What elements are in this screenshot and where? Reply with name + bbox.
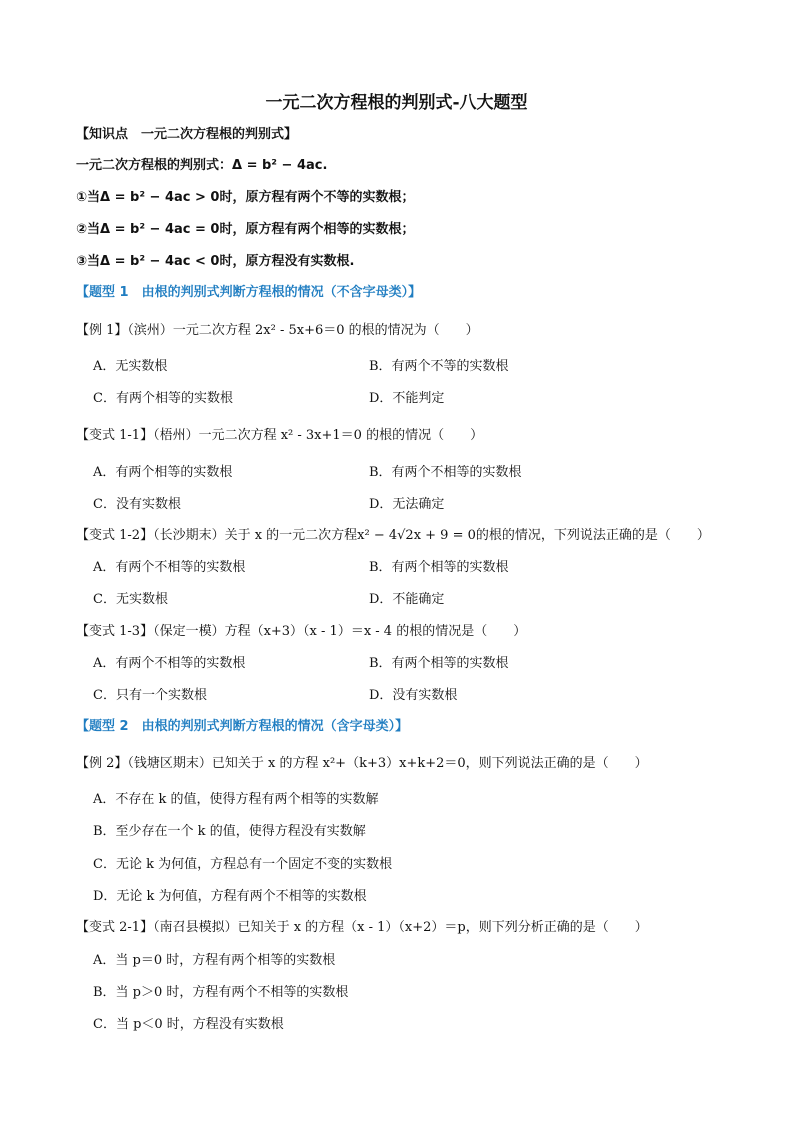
question-stem: 【变式 1-1】（梧州）一元二次方程 x² - 3x+1＝0 的根的情况（ ） [76,427,483,445]
option-b: B．有两个相等的实数根 [369,559,509,577]
option-a: A．无实数根 [93,358,167,376]
option-a: A．有两个不相等的实数根 [93,655,245,673]
knowledge-definition: 一元二次方程根的判别式：Δ = b² − 4ac. [76,157,327,175]
page-title: 一元二次方程根的判别式-八大题型 [0,88,793,113]
option-c: C．只有一个实数根 [93,687,207,705]
option-c: C．没有实数根 [93,496,181,514]
option-d: D．无论 k 为何值，方程有两个不相等的实数根 [93,888,367,906]
option-b: B．至少存在一个 k 的值，使得方程没有实数解 [93,823,366,841]
option-a: A．不存在 k 的值，使得方程有两个相等的实数解 [93,791,379,809]
option-b: B．有两个相等的实数根 [369,655,509,673]
option-c: C．无实数根 [93,591,168,609]
option-c: C．有两个相等的实数根 [93,390,233,408]
option-c: C．当 p＜0 时，方程没有实数根 [93,1016,284,1034]
option-a: A．有两个不相等的实数根 [93,559,245,577]
knowledge-heading: 【知识点 一元二次方程根的判别式】 [76,126,297,144]
question-stem: 【变式 1-2】（长沙期末）关于 x 的一元二次方程x² − 4√2x + 9 … [76,527,710,545]
knowledge-case-2: ②当Δ = b² − 4ac = 0时，原方程有两个相等的实数根； [76,221,414,239]
option-c: C．无论 k 为何值，方程总有一个固定不变的实数根 [93,856,392,874]
option-d: D．不能判定 [369,390,444,408]
option-d: D．不能确定 [369,591,444,609]
knowledge-case-3: ③当Δ = b² − 4ac < 0时，原方程没有实数根. [76,253,354,271]
question-stem: 【变式 2-1】（南召县模拟）已知关于 x 的方程（x - 1）（x+2）＝p，… [76,919,648,937]
section-1-heading: 【题型 1 由根的判别式判断方程根的情况（不含字母类）】 [76,284,421,302]
option-b: B．有两个不相等的实数根 [369,464,522,482]
option-d: D．无法确定 [369,496,444,514]
section-2-heading: 【题型 2 由根的判别式判断方程根的情况（含字母类）】 [76,718,408,736]
question-stem: 【例 2】（钱塘区期末）已知关于 x 的方程 x²+（k+3）x+k+2＝0，则… [76,755,648,773]
knowledge-case-1: ①当Δ = b² − 4ac > 0时，原方程有两个不等的实数根； [76,189,414,207]
document-page: 一元二次方程根的判别式-八大题型 【知识点 一元二次方程根的判别式】 一元二次方… [0,0,793,1122]
option-a: A．当 p＝0 时，方程有两个相等的实数根 [93,952,335,970]
option-a: A．有两个相等的实数根 [93,464,232,482]
option-b: B．有两个不等的实数根 [369,358,509,376]
option-b: B．当 p＞0 时，方程有两个不相等的实数根 [93,984,348,1002]
question-stem: 【例 1】（滨州）一元二次方程 2x² - 5x+6＝0 的根的情况为（ ） [76,322,479,340]
question-stem: 【变式 1-3】（保定一模）方程（x+3）（x - 1）＝x - 4 的根的情况… [76,623,526,641]
option-d: D．没有实数根 [369,687,457,705]
